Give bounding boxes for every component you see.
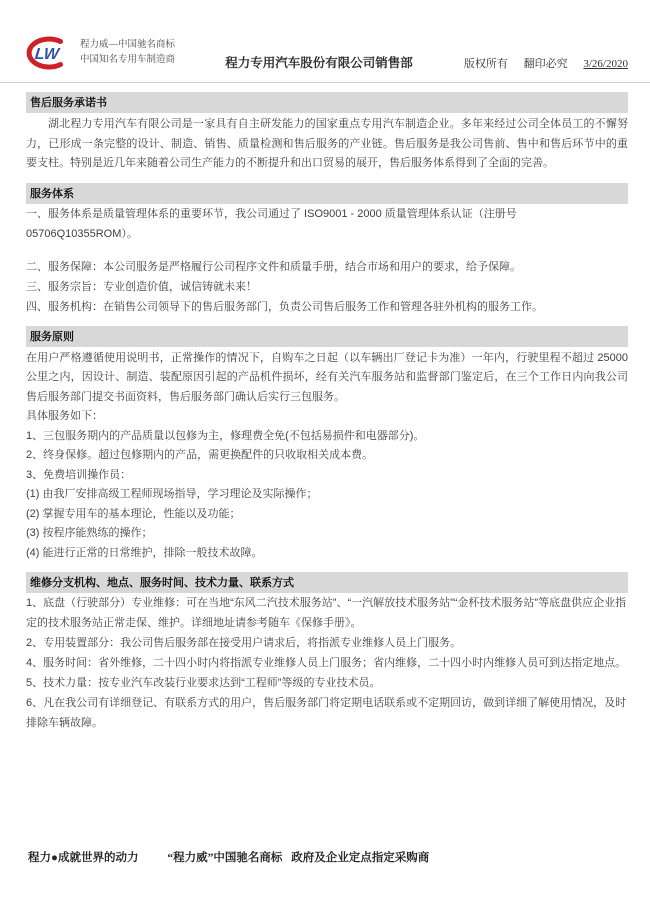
training-subitem-2: (2) 掌握专用车的基本理论，性能以及功能； <box>26 505 628 525</box>
footer-slogan: 程力●成就世界的动力 <box>28 852 138 864</box>
section-title-service-commitment: 售后服务承诺书 <box>26 92 628 113</box>
section-title-service-principles: 服务原则 <box>26 326 628 347</box>
footer-trademark: “程力威”中国驰名商标 <box>167 852 282 864</box>
principles-item-3: 3、免费培训操作员： <box>26 466 628 486</box>
repair-item-6: 6、凡在我公司有详细登记、有联系方式的用户，售后服务部门将定期电话联系或不定期回… <box>26 693 628 733</box>
service-system-item-1: 一、服务体系是质量管理体系的重要环节，我公司通过了 ISO9001 - 2000… <box>26 204 628 244</box>
logo-monogram: LW <box>34 45 62 63</box>
principles-paragraph: 在用户严格遵循使用说明书，正常操作的情况下，自购车之日起（以车辆出厂登记卡为准）… <box>26 349 628 408</box>
logo-taglines: 程力威—中国驰名商标 中国知名专用车制造商 <box>80 38 175 68</box>
service-system-item-3: 三、服务宗旨：专业创造价值，诚信铸就未来！ <box>26 277 628 297</box>
training-subitem-1: (1) 由我厂安排高级工程师现场指导，学习理论及实际操作； <box>26 485 628 505</box>
repair-item-5: 5、技术力量：按专业汽车改装行业要求达到“工程师”等级的专业技术员。 <box>26 673 628 693</box>
page-header: LW 程力威—中国驰名商标 中国知名专用车制造商 程力专用汽车股份有限公司销售部… <box>0 0 650 83</box>
service-system-item-2: 二、服务保障：本公司服务是严格履行公司程序文件和质量手册，结合市场和用户的要求，… <box>26 257 628 277</box>
repair-item-2: 2、专用装置部分：我公司售后服务部在接受用户请求后，将指派专业维修人员上门服务。 <box>26 633 628 653</box>
training-subitem-4: (4) 能进行正常的日常维护，排除一般技术故障。 <box>26 544 628 564</box>
reprint-label: 翻印必究 <box>524 58 568 70</box>
copyright-label: 版权所有 <box>464 58 508 70</box>
document-body: 售后服务承诺书 湖北程力专用汽车有限公司是一家具有自主研发能力的国家重点专用汽车… <box>0 92 650 733</box>
page-footer: 程力●成就世界的动力 “程力威”中国驰名商标 政府及企业定点指定采购商 <box>28 849 429 865</box>
training-subitem-3: (3) 按程序能熟练的操作； <box>26 524 628 544</box>
logo-tagline-2: 中国知名专用车制造商 <box>80 53 175 68</box>
company-title: 程力专用汽车股份有限公司销售部 <box>222 53 416 72</box>
document-date: 3/26/2020 <box>583 58 628 70</box>
principles-list-intro: 具体服务如下： <box>26 407 628 427</box>
repair-item-4: 4、服务时间：省外维修，二十四小时内将指派专业维修人员上门服务；省内维修，二十四… <box>26 653 628 673</box>
commitment-paragraph: 湖北程力专用汽车有限公司是一家具有自主研发能力的国家重点专用汽车制造企业。多年来… <box>26 115 628 174</box>
document-page: LW 程力威—中国驰名商标 中国知名专用车制造商 程力专用汽车股份有限公司销售部… <box>0 0 650 919</box>
logo-tagline-1: 程力威—中国驰名商标 <box>80 38 175 53</box>
footer-endorsement: 政府及企业定点指定采购商 <box>291 852 429 864</box>
header-copyright: 版权所有 翻印必究 3/26/2020 <box>416 55 628 72</box>
repair-item-1: 1、底盘（行驶部分）专业维修：可在当地“东风二汽技术服务站”、“一汽解放技术服务… <box>26 593 628 633</box>
logo-block: LW 程力威—中国驰名商标 中国知名专用车制造商 <box>26 34 222 72</box>
section-title-repair-branches: 维修分支机构、地点、服务时间、技术力量、联系方式 <box>26 572 628 593</box>
section-title-service-system: 服务体系 <box>26 183 628 204</box>
service-system-item-4: 四、服务机构：在销售公司领导下的售后服务部门，负责公司售后服务工作和管理各驻外机… <box>26 297 628 317</box>
principles-item-1: 1、三包服务期内的产品质量以包修为主，修理费全免(不包括易损件和电器部分)。 <box>26 427 628 447</box>
company-logo-icon: LW <box>26 34 72 72</box>
principles-item-2: 2、终身保修。超过包修期内的产品，需更换配件的只收取相关成本费。 <box>26 446 628 466</box>
blank-line <box>26 244 628 257</box>
